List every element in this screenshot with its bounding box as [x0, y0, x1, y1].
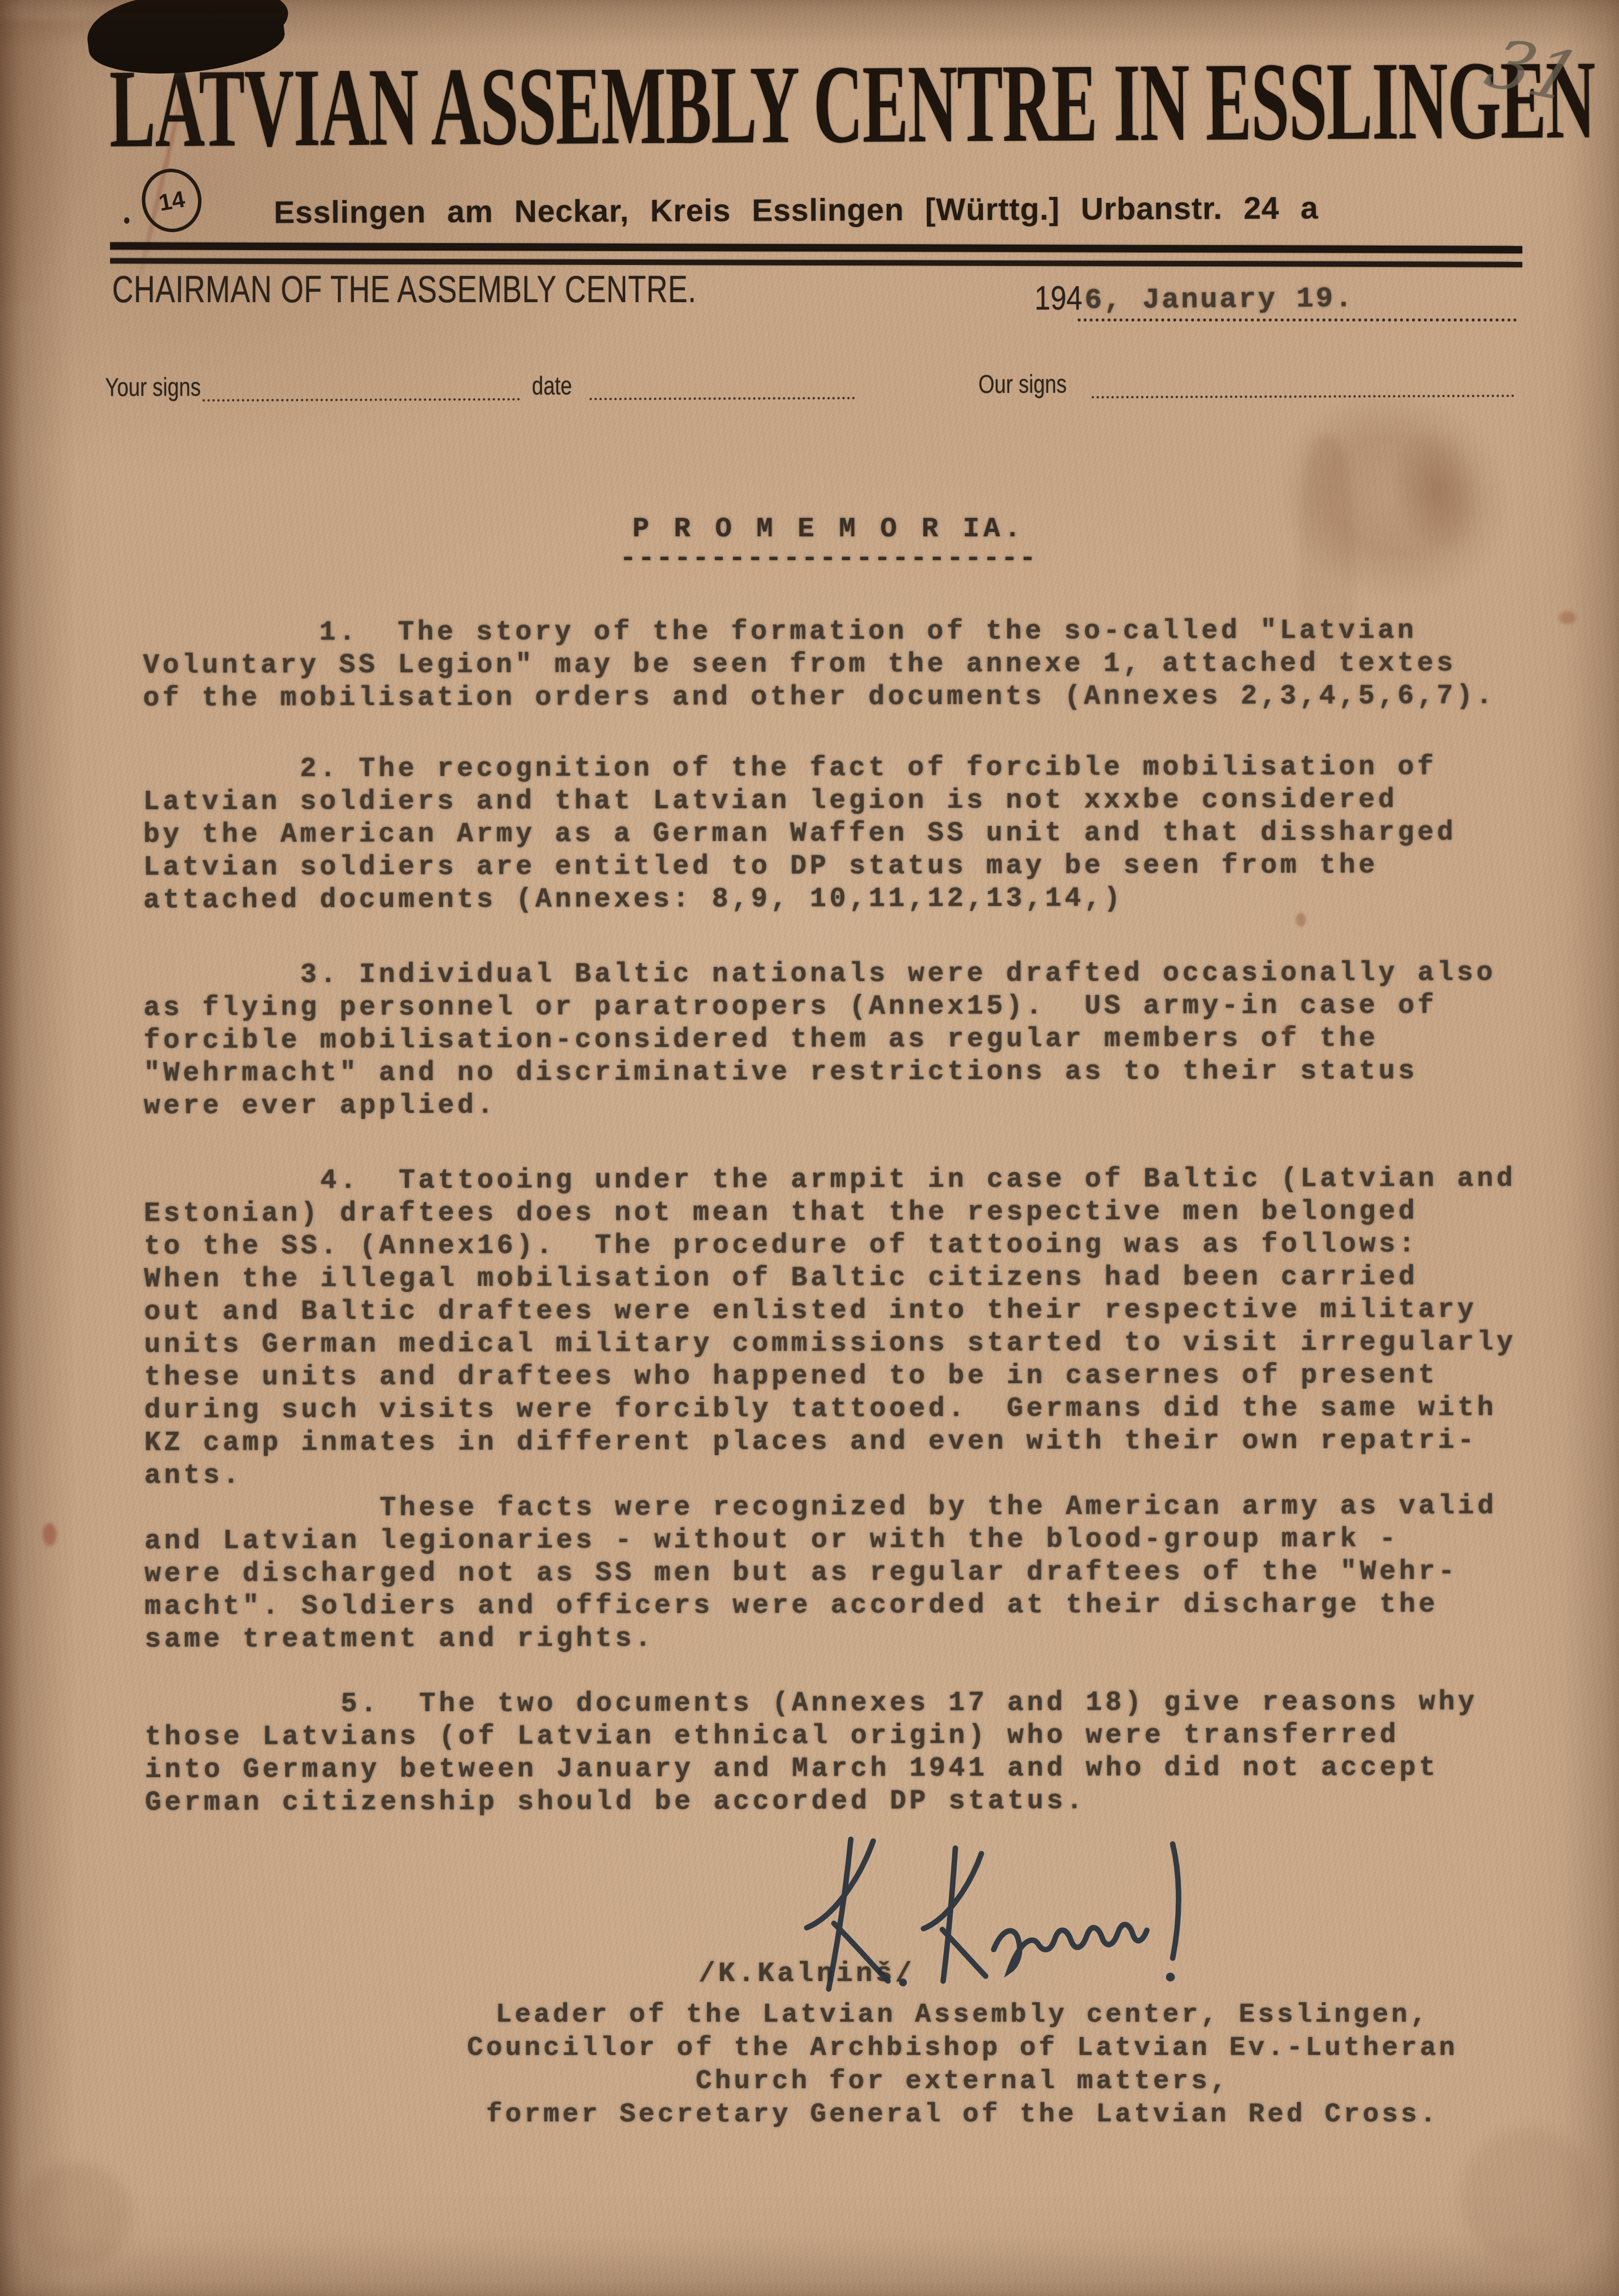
your-signs-label: Your signs [105, 373, 201, 403]
paper-stain [1299, 437, 1355, 704]
signer-title-line: Church for external matters, [327, 2065, 1598, 2098]
paper-speck [43, 1523, 57, 1546]
date-dotted-line [589, 369, 855, 400]
your-signs-dotted-line [202, 370, 520, 401]
memo-paragraph-3: 3. Individual Baltic nationals were draf… [143, 957, 1613, 1123]
memo-title-block: P R O M E M O R IA. --------------------… [571, 514, 1087, 570]
sender-title: CHAIRMAN OF THE ASSEMBLY CENTRE. [112, 268, 697, 311]
paper-blotch [1461, 2128, 1595, 2262]
date-field-label: date [532, 371, 572, 401]
paper-speck [1296, 913, 1306, 927]
our-signs-label: Our signs [978, 369, 1067, 399]
letterhead-organization-name: LATVIAN ASSEMBLY CENTRE IN ESSLINGEN [109, 44, 1595, 165]
memo-paragraph-2: 2. The recognition of the fact of forcib… [143, 751, 1612, 917]
signer-titles-block: Leader of the Latvian Assembly center, E… [327, 1998, 1598, 2131]
memo-paragraph-5: 5. The two documents (Annexes 17 and 18)… [145, 1686, 1614, 1819]
memo-title: P R O M E M O R IA. [571, 514, 1087, 545]
letterhead-rule-top [110, 242, 1522, 253]
memo-paragraph-4: 4. Tattooing under the armpit in case of… [144, 1162, 1614, 1656]
handwritten-signature [756, 1812, 1219, 2011]
memo-title-underline: ----------------------- [571, 547, 1087, 570]
memo-body: 1. The story of the formation of the so-… [143, 614, 1614, 1819]
paper-blotch [18, 2163, 132, 2267]
paper-speck [1559, 611, 1576, 624]
memo-paragraph-1: 1. The story of the formation of the so-… [143, 614, 1612, 715]
letterhead-address: Esslingen am Neckar, Kreis Esslingen [Wü… [274, 190, 1318, 230]
letterhead-rule-bottom [110, 258, 1522, 267]
printed-year-prefix: 194 [1035, 279, 1082, 318]
signer-title-line: former Secretary General of the Latvian … [327, 2098, 1598, 2131]
signer-title-line: Councillor of the Archbishop of Latvian … [327, 2032, 1598, 2065]
postal-zone-number: 14 [156, 185, 187, 216]
scanned-letter-page: 31 LATVIAN ASSEMBLY CENTRE IN ESSLINGEN … [0, 0, 1619, 2296]
paper-speck [1283, 1025, 1291, 1036]
printed-dot [124, 217, 130, 224]
typed-date: 6, January 19. [1085, 283, 1355, 317]
our-signs-dotted-line [1092, 367, 1514, 398]
